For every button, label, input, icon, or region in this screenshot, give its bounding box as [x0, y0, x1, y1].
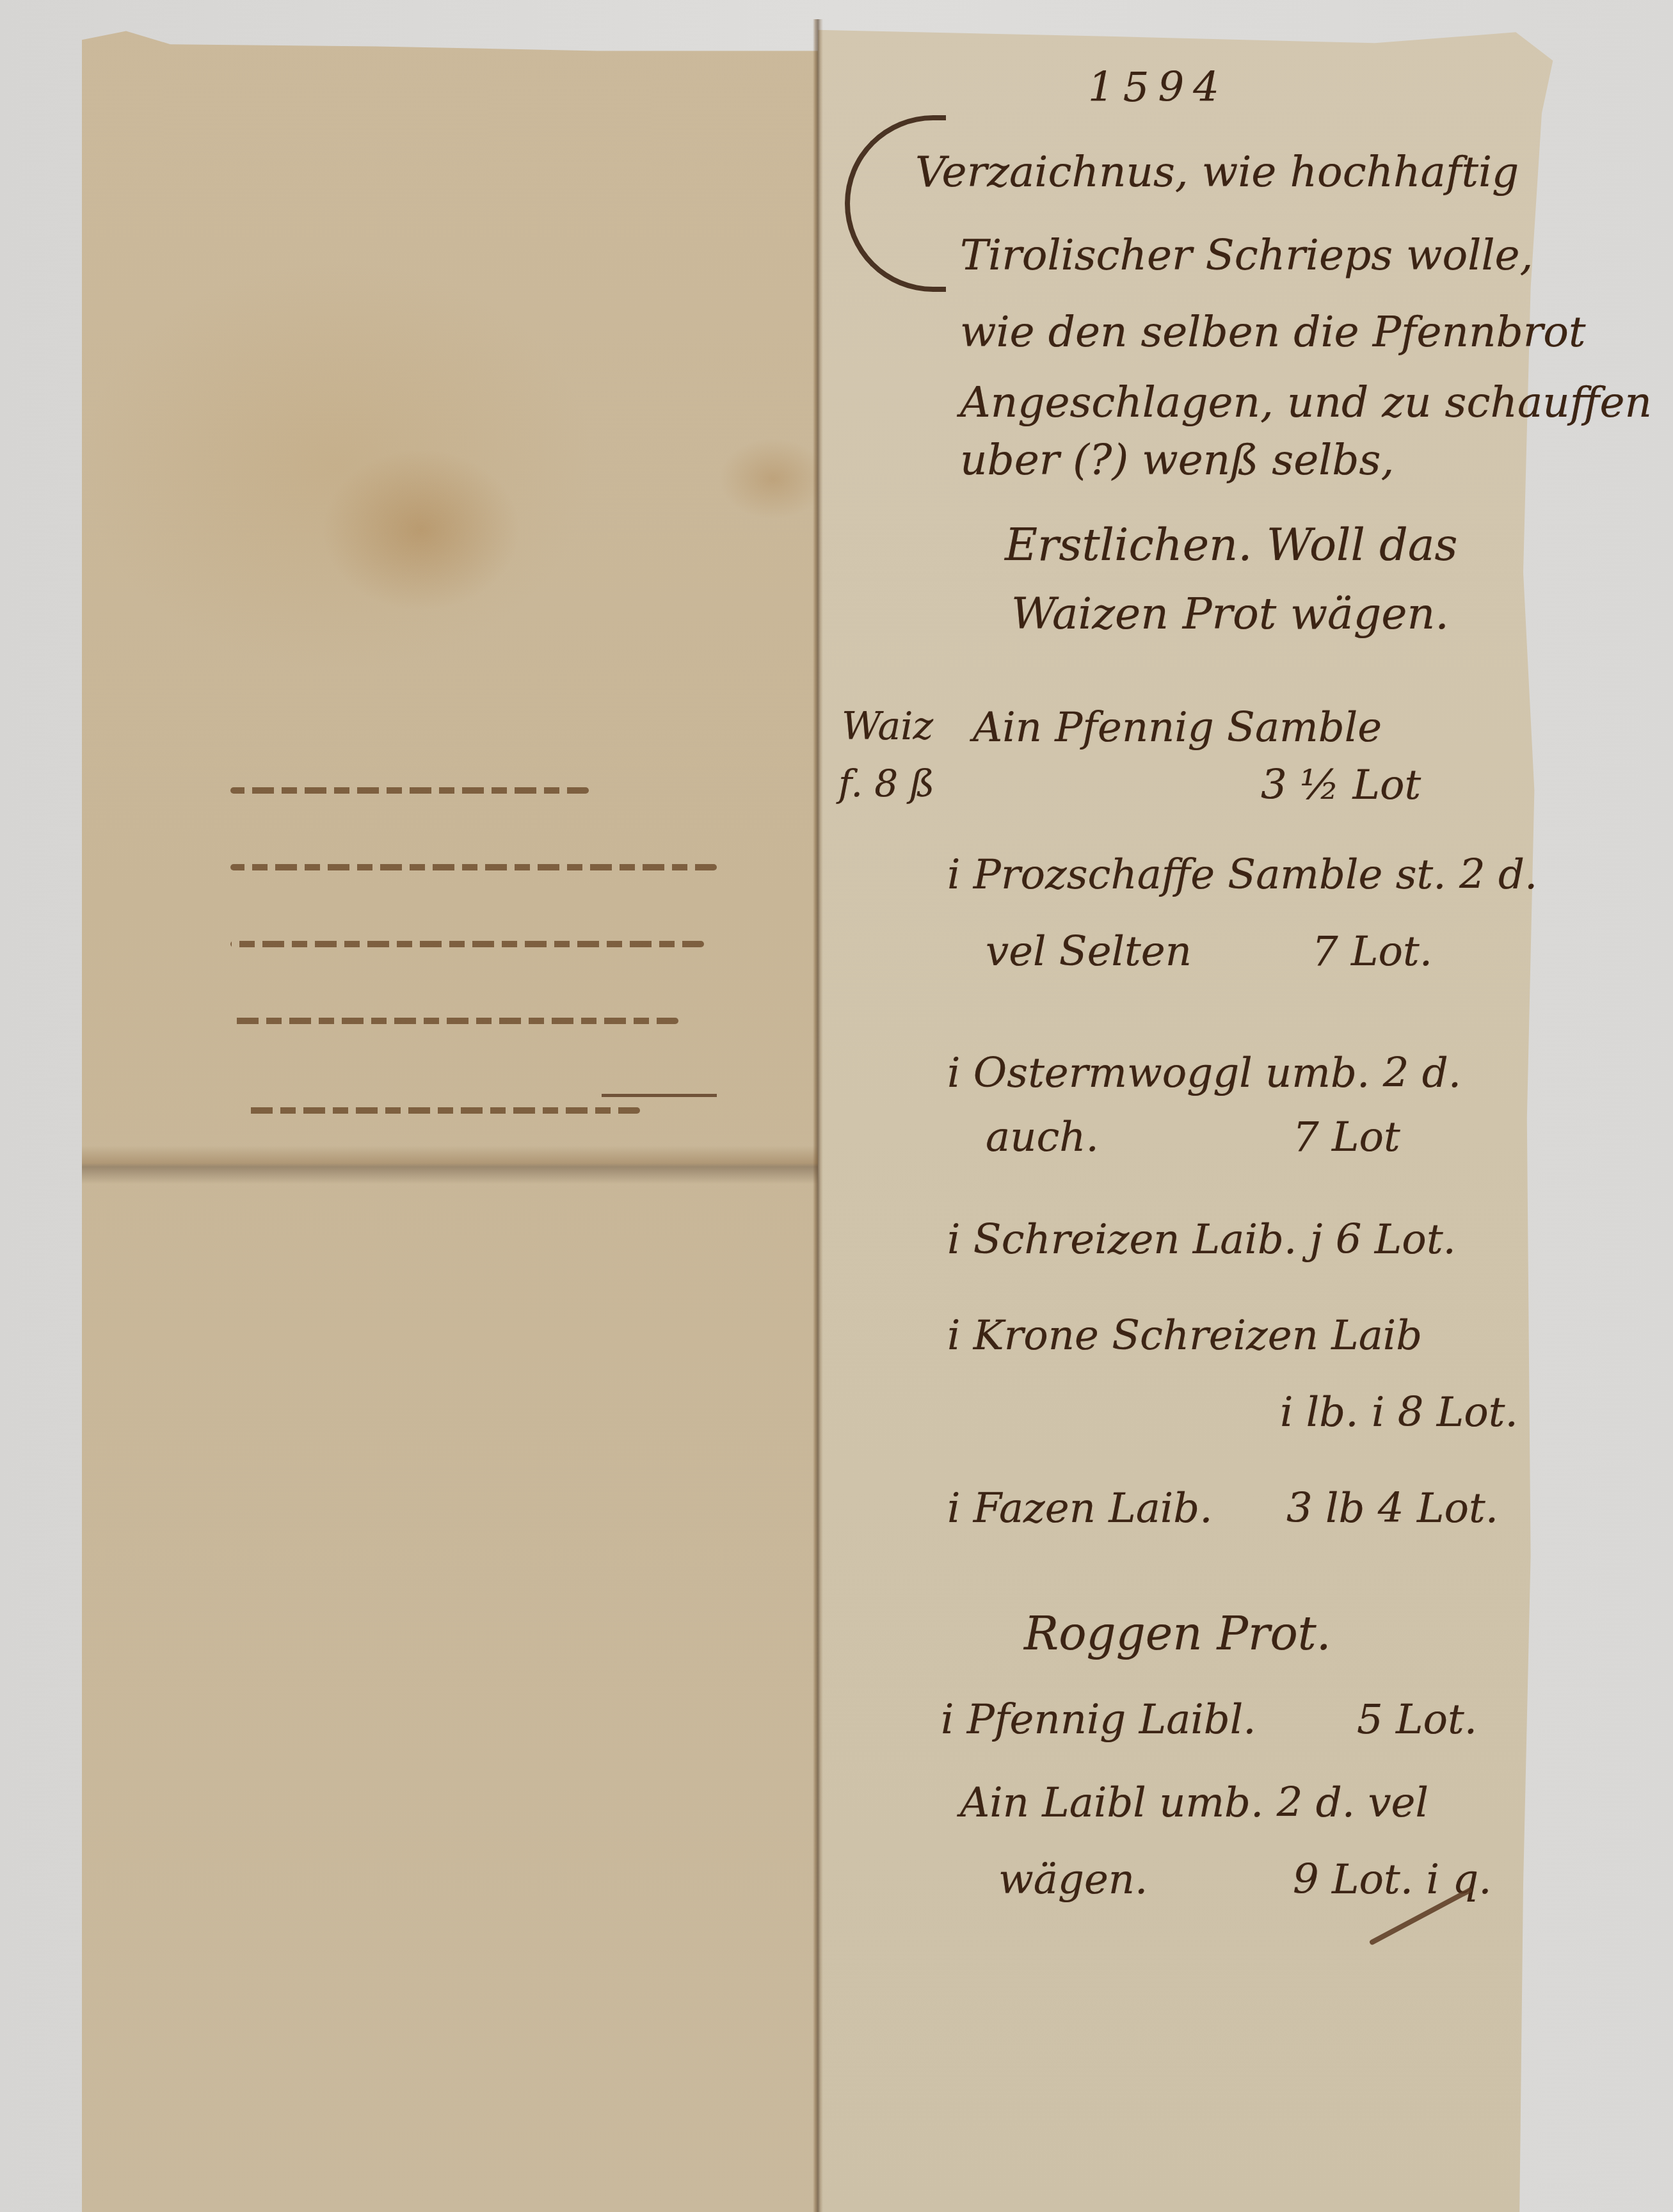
entry-weight: 3 ½ Lot [1261, 762, 1421, 809]
endorsement-line [230, 941, 704, 947]
vertical-fold-crease [813, 19, 823, 2212]
entry-item-continuation: wägen. [998, 1856, 1148, 1903]
endorsement-line [243, 1107, 640, 1114]
document-year: 1594 [1088, 64, 1228, 111]
entry-weight: i lb. i 8 Lot. [1280, 1389, 1518, 1436]
heading-line-4: Angeschlagen, und zu schauffen [960, 378, 1652, 427]
entry-weight: 3 lb 4 Lot. [1286, 1485, 1498, 1532]
endorsement-line [230, 1018, 678, 1024]
section-title-wheat-line-2: Waizen Prot wägen. [1011, 589, 1449, 639]
entry-item: Ain Pfennig Samble [973, 704, 1382, 751]
section-title-wheat-line-1: Erstlichen. Woll das [1005, 518, 1458, 571]
heading-line-2: Tirolischer Schrieps wolle, [960, 230, 1533, 280]
entry-item: i Schreizen Laib. j 6 Lot. [947, 1216, 1456, 1263]
upside-down-endorsement-note [179, 717, 730, 1152]
endorsement-line [230, 787, 589, 794]
margin-price-note: f. 8 ß [838, 762, 934, 805]
heading-line-1: Verzaichnus, wie hochhaftig [915, 147, 1519, 196]
entry-item: Ain Laibl umb. 2 d. vel [960, 1779, 1429, 1827]
entry-item-continuation: vel Selten [986, 928, 1192, 975]
entry-item: i Fazen Laib. [947, 1485, 1213, 1532]
margin-note: Waiz [842, 704, 933, 749]
entry-item: i Prozschaffe Samble st. 2 d. [947, 851, 1537, 899]
strikethrough-mark [602, 1094, 717, 1097]
section-title-rye: Roggen Prot. [1024, 1607, 1331, 1660]
entry-item: i Pfennig Laibl. [941, 1696, 1256, 1743]
heading-line-3: wie den selben die Pfennbrot [960, 307, 1586, 357]
entry-item: i Ostermwoggl umb. 2 d. [947, 1050, 1461, 1097]
entry-weight: 5 Lot. [1357, 1696, 1477, 1743]
entry-item: i Krone Schreizen Laib [947, 1312, 1422, 1359]
endorsement-line [230, 864, 717, 870]
entry-weight: 7 Lot [1293, 1114, 1400, 1161]
heading-line-5: uber (?) wenß selbs, [960, 435, 1394, 485]
entry-item-continuation: auch. [986, 1114, 1099, 1161]
entry-weight: 7 Lot. [1312, 928, 1432, 975]
